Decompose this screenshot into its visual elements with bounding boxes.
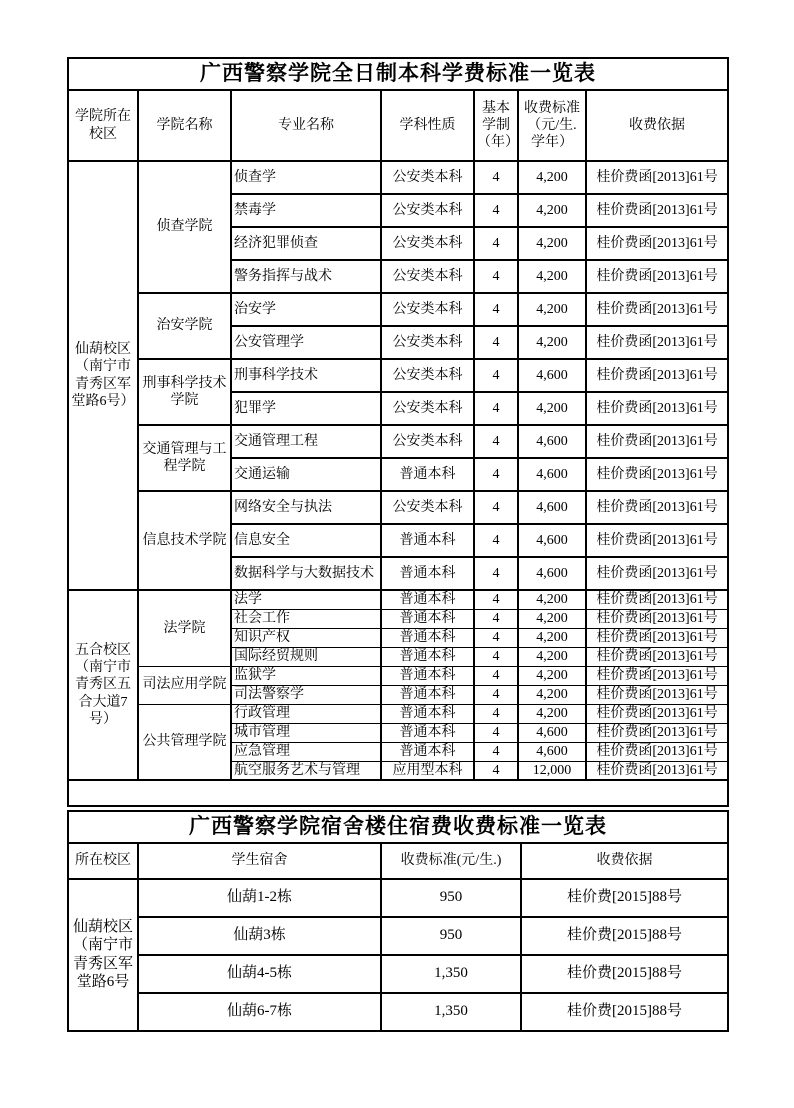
years-cell: 4 (474, 227, 518, 260)
basis-cell: 桂价费[2015]88号 (521, 917, 728, 955)
fee-cell: 4,200 (518, 590, 586, 609)
header-cell-campus: 所在校区 (68, 843, 138, 879)
discipline-cell: 普通本科 (381, 742, 474, 761)
document-page: 广西警察学院全日制本科学费标准一览表 学院所在校区 学院名称 专业名称 学科性质… (67, 57, 727, 1032)
basis-cell: 桂价费函[2013]61号 (586, 557, 728, 590)
years-cell: 4 (474, 723, 518, 742)
major-cell: 国际经贸规则 (231, 647, 381, 666)
campus-cell: 仙葫校区（南宁市青秀区军堂路6号） (68, 161, 138, 590)
header-cell-dorm: 学生宿舍 (138, 843, 381, 879)
major-cell: 数据科学与大数据技术 (231, 557, 381, 590)
basis-cell: 桂价费函[2013]61号 (586, 628, 728, 647)
major-cell: 社会工作 (231, 609, 381, 628)
fee-cell: 4,600 (518, 524, 586, 557)
college-cell: 信息技术学院 (138, 491, 231, 590)
discipline-cell: 普通本科 (381, 557, 474, 590)
dorm-cell: 仙葫1-2栋 (138, 879, 381, 917)
basis-cell: 桂价费函[2013]61号 (586, 524, 728, 557)
fee-cell: 4,200 (518, 685, 586, 704)
years-cell: 4 (474, 609, 518, 628)
table-row: 仙葫4-5栋 1,350 桂价费[2015]88号 (68, 955, 728, 993)
years-cell: 4 (474, 647, 518, 666)
fee-cell: 4,200 (518, 326, 586, 359)
fee-cell: 950 (381, 879, 521, 917)
table-row: 广西警察学院宿舍楼住宿费收费标准一览表 (68, 811, 728, 843)
major-cell: 公安管理学 (231, 326, 381, 359)
basis-cell: 桂价费函[2013]61号 (586, 326, 728, 359)
fee-cell: 4,600 (518, 458, 586, 491)
fee-cell: 4,200 (518, 666, 586, 685)
years-cell: 4 (474, 742, 518, 761)
college-cell: 刑事科学技术学院 (138, 359, 231, 425)
header-cell-campus: 学院所在校区 (68, 90, 138, 161)
fee-cell: 950 (381, 917, 521, 955)
years-cell: 4 (474, 524, 518, 557)
discipline-cell: 普通本科 (381, 590, 474, 609)
discipline-cell: 公安类本科 (381, 326, 474, 359)
header-cell-basis: 收费依据 (521, 843, 728, 879)
table-row: 学院所在校区 学院名称 专业名称 学科性质 基本学制（年） 收费标准（元/生.学… (68, 90, 728, 161)
campus-cell: 仙葫校区（南宁市青秀区军堂路6号 (68, 879, 138, 1031)
basis-cell: 桂价费函[2013]61号 (586, 425, 728, 458)
basis-cell: 桂价费函[2013]61号 (586, 359, 728, 392)
basis-cell: 桂价费[2015]88号 (521, 879, 728, 917)
fee-cell: 1,350 (381, 955, 521, 993)
basis-cell: 桂价费[2015]88号 (521, 955, 728, 993)
dorm-cell: 仙葫3栋 (138, 917, 381, 955)
college-cell: 公共管理学院 (138, 704, 231, 780)
header-cell-years: 基本学制（年） (474, 90, 518, 161)
discipline-cell: 普通本科 (381, 628, 474, 647)
major-cell: 经济犯罪侦查 (231, 227, 381, 260)
header-cell-basis: 收费依据 (586, 90, 728, 161)
major-cell: 刑事科学技术 (231, 359, 381, 392)
major-cell: 治安学 (231, 293, 381, 326)
fee-cell: 4,200 (518, 392, 586, 425)
years-cell: 4 (474, 761, 518, 780)
basis-cell: 桂价费[2015]88号 (521, 993, 728, 1031)
years-cell: 4 (474, 685, 518, 704)
discipline-cell: 公安类本科 (381, 260, 474, 293)
college-cell: 治安学院 (138, 293, 231, 359)
discipline-cell: 公安类本科 (381, 194, 474, 227)
tuition-table: 广西警察学院全日制本科学费标准一览表 学院所在校区 学院名称 专业名称 学科性质… (67, 57, 729, 807)
header-cell-fee: 收费标准（元/生.学年） (518, 90, 586, 161)
college-cell: 法学院 (138, 590, 231, 666)
fee-cell: 4,600 (518, 425, 586, 458)
basis-cell: 桂价费函[2013]61号 (586, 761, 728, 780)
table-row: 仙葫校区（南宁市青秀区军堂路6号） 侦查学院 侦查学 公安类本科 4 4,200… (68, 161, 728, 194)
table-row: 仙葫6-7栋 1,350 桂价费[2015]88号 (68, 993, 728, 1031)
major-cell: 监狱学 (231, 666, 381, 685)
major-cell: 警务指挥与战术 (231, 260, 381, 293)
years-cell: 4 (474, 326, 518, 359)
basis-cell: 桂价费函[2013]61号 (586, 491, 728, 524)
fee-cell: 4,200 (518, 161, 586, 194)
basis-cell: 桂价费函[2013]61号 (586, 227, 728, 260)
table-row: 所在校区 学生宿舍 收费标准(元/生.) 收费依据 (68, 843, 728, 879)
fee-cell: 4,200 (518, 260, 586, 293)
major-cell: 行政管理 (231, 704, 381, 723)
header-cell-discipline: 学科性质 (381, 90, 474, 161)
fee-cell: 4,200 (518, 194, 586, 227)
discipline-cell: 应用型本科 (381, 761, 474, 780)
college-cell: 交通管理与工程学院 (138, 425, 231, 491)
major-cell: 城市管理 (231, 723, 381, 742)
discipline-cell: 公安类本科 (381, 227, 474, 260)
years-cell: 4 (474, 161, 518, 194)
years-cell: 4 (474, 293, 518, 326)
major-cell: 信息安全 (231, 524, 381, 557)
table-row: 司法应用学院 监狱学 普通本科 4 4,200 桂价费函[2013]61号 (68, 666, 728, 685)
years-cell: 4 (474, 491, 518, 524)
basis-cell: 桂价费函[2013]61号 (586, 647, 728, 666)
years-cell: 4 (474, 704, 518, 723)
basis-cell: 桂价费函[2013]61号 (586, 685, 728, 704)
basis-cell: 桂价费函[2013]61号 (586, 666, 728, 685)
discipline-cell: 普通本科 (381, 723, 474, 742)
fee-cell: 4,600 (518, 359, 586, 392)
basis-cell: 桂价费函[2013]61号 (586, 590, 728, 609)
table-row: 五合校区（南宁市青秀区五合大道7号） 法学院 法学 普通本科 4 4,200 桂… (68, 590, 728, 609)
major-cell: 禁毒学 (231, 194, 381, 227)
major-cell: 交通运输 (231, 458, 381, 491)
years-cell: 4 (474, 425, 518, 458)
years-cell: 4 (474, 557, 518, 590)
header-cell-major: 专业名称 (231, 90, 381, 161)
dorm-cell: 仙葫6-7栋 (138, 993, 381, 1031)
table-row: 治安学院 治安学 公安类本科 4 4,200 桂价费函[2013]61号 (68, 293, 728, 326)
discipline-cell: 普通本科 (381, 458, 474, 491)
basis-cell: 桂价费函[2013]61号 (586, 723, 728, 742)
fee-cell: 4,200 (518, 293, 586, 326)
discipline-cell: 公安类本科 (381, 491, 474, 524)
table-row: 广西警察学院全日制本科学费标准一览表 (68, 58, 728, 90)
discipline-cell: 普通本科 (381, 524, 474, 557)
college-cell: 侦查学院 (138, 161, 231, 293)
fee-cell: 4,600 (518, 557, 586, 590)
years-cell: 4 (474, 359, 518, 392)
discipline-cell: 普通本科 (381, 704, 474, 723)
fee-cell: 4,600 (518, 723, 586, 742)
discipline-cell: 公安类本科 (381, 293, 474, 326)
major-cell: 交通管理工程 (231, 425, 381, 458)
major-cell: 侦查学 (231, 161, 381, 194)
years-cell: 4 (474, 392, 518, 425)
fee-cell: 4,600 (518, 491, 586, 524)
discipline-cell: 普通本科 (381, 609, 474, 628)
discipline-cell: 公安类本科 (381, 161, 474, 194)
fee-cell: 4,200 (518, 227, 586, 260)
basis-cell: 桂价费函[2013]61号 (586, 392, 728, 425)
years-cell: 4 (474, 260, 518, 293)
fee-cell: 4,200 (518, 628, 586, 647)
years-cell: 4 (474, 666, 518, 685)
discipline-cell: 公安类本科 (381, 359, 474, 392)
years-cell: 4 (474, 458, 518, 491)
basis-cell: 桂价费函[2013]61号 (586, 161, 728, 194)
major-cell: 知识产权 (231, 628, 381, 647)
fee-cell: 4,200 (518, 647, 586, 666)
header-cell-college: 学院名称 (138, 90, 231, 161)
discipline-cell: 普通本科 (381, 666, 474, 685)
years-cell: 4 (474, 194, 518, 227)
major-cell: 航空服务艺术与管理 (231, 761, 381, 780)
years-cell: 4 (474, 628, 518, 647)
discipline-cell: 公安类本科 (381, 392, 474, 425)
major-cell: 犯罪学 (231, 392, 381, 425)
fee-cell: 4,200 (518, 704, 586, 723)
tuition-table-title: 广西警察学院全日制本科学费标准一览表 (68, 58, 728, 90)
basis-cell: 桂价费函[2013]61号 (586, 704, 728, 723)
major-cell: 应急管理 (231, 742, 381, 761)
major-cell: 网络安全与执法 (231, 491, 381, 524)
table-row: 仙葫校区（南宁市青秀区军堂路6号 仙葫1-2栋 950 桂价费[2015]88号 (68, 879, 728, 917)
dorm-table: 广西警察学院宿舍楼住宿费收费标准一览表 所在校区 学生宿舍 收费标准(元/生.)… (67, 810, 729, 1032)
table-row: 刑事科学技术学院 刑事科学技术 公安类本科 4 4,600 桂价费函[2013]… (68, 359, 728, 392)
basis-cell: 桂价费函[2013]61号 (586, 458, 728, 491)
discipline-cell: 公安类本科 (381, 425, 474, 458)
major-cell: 法学 (231, 590, 381, 609)
header-cell-fee: 收费标准(元/生.) (381, 843, 521, 879)
table-row: 公共管理学院 行政管理 普通本科 4 4,200 桂价费函[2013]61号 (68, 704, 728, 723)
dorm-cell: 仙葫4-5栋 (138, 955, 381, 993)
empty-row (68, 780, 728, 806)
campus-cell: 五合校区（南宁市青秀区五合大道7号） (68, 590, 138, 780)
major-cell: 司法警察学 (231, 685, 381, 704)
fee-cell: 12,000 (518, 761, 586, 780)
basis-cell: 桂价费函[2013]61号 (586, 194, 728, 227)
fee-cell: 1,350 (381, 993, 521, 1031)
basis-cell: 桂价费函[2013]61号 (586, 260, 728, 293)
basis-cell: 桂价费函[2013]61号 (586, 609, 728, 628)
discipline-cell: 普通本科 (381, 647, 474, 666)
fee-cell: 4,600 (518, 742, 586, 761)
basis-cell: 桂价费函[2013]61号 (586, 742, 728, 761)
fee-cell: 4,200 (518, 609, 586, 628)
discipline-cell: 普通本科 (381, 685, 474, 704)
table-row: 交通管理与工程学院 交通管理工程 公安类本科 4 4,600 桂价费函[2013… (68, 425, 728, 458)
basis-cell: 桂价费函[2013]61号 (586, 293, 728, 326)
college-cell: 司法应用学院 (138, 666, 231, 704)
table-row: 信息技术学院 网络安全与执法 公安类本科 4 4,600 桂价费函[2013]6… (68, 491, 728, 524)
table-row: 仙葫3栋 950 桂价费[2015]88号 (68, 917, 728, 955)
dorm-table-title: 广西警察学院宿舍楼住宿费收费标准一览表 (68, 811, 728, 843)
years-cell: 4 (474, 590, 518, 609)
empty-cell (68, 780, 728, 806)
